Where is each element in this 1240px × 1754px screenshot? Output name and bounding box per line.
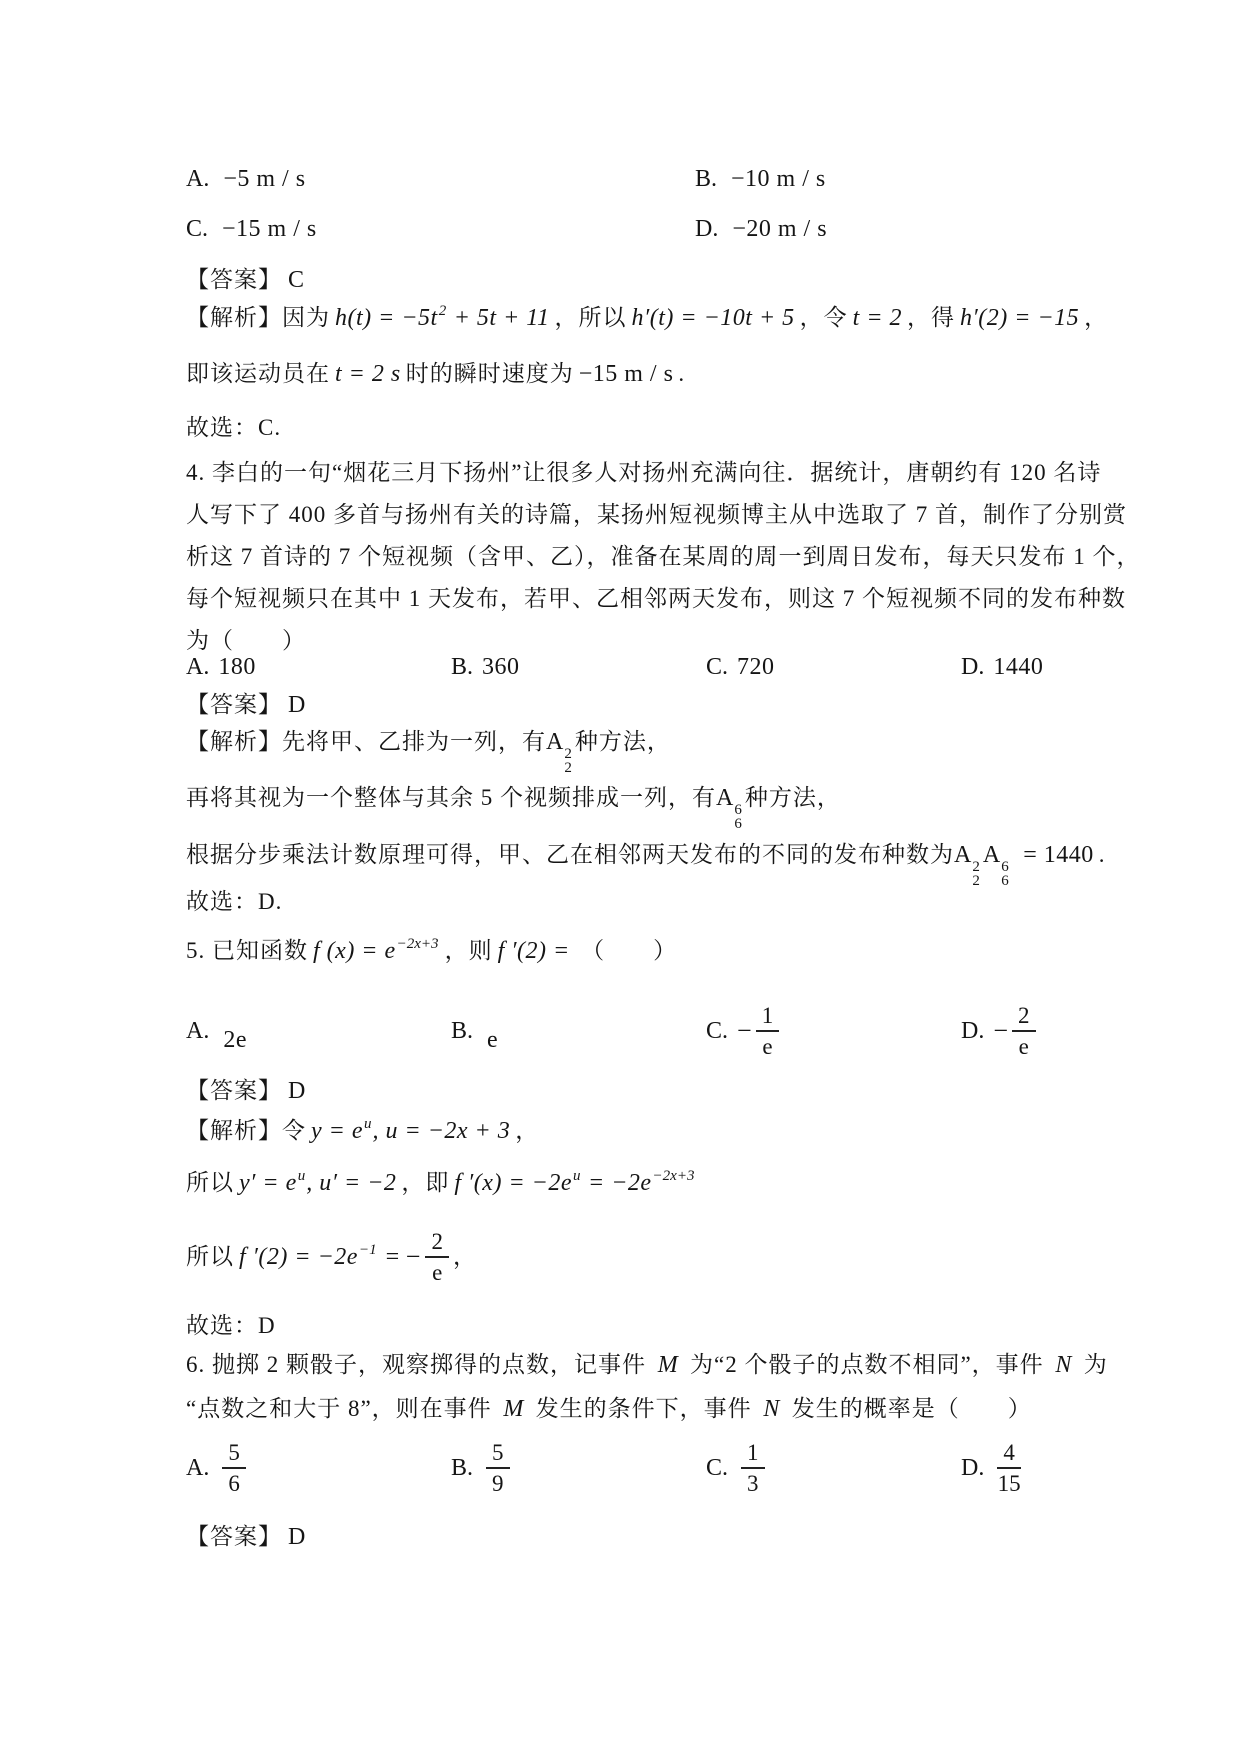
formula-velocity: −15 m / s	[574, 361, 679, 387]
event-n-symbol: N	[758, 1396, 785, 1422]
q4-stem-line-2: 人写下了 400 多首与扬州有关的诗篇，某扬州短视频博主从中选取了 7 首，制作…	[186, 501, 1106, 530]
stem-text: 6. 抛掷 2 颗骰子，观察掷得的点数，记事件	[186, 1352, 653, 1377]
superscript: −2x+3	[396, 936, 440, 952]
text-segment: 所以	[186, 1243, 234, 1272]
text-segment: 根据分步乘法计数原理可得，甲、乙在相邻两天发布的不同的发布种数为	[186, 842, 954, 867]
q4-option-a: A. 180	[186, 654, 256, 681]
superscript: u	[363, 1116, 373, 1132]
q4-explanation-line-1: 【解析】先将甲、乙排为一列，有A22种方法，	[186, 727, 1106, 775]
formula-f-prime-2: f ′(2) =	[493, 938, 582, 964]
result-fraction: 2e	[425, 1229, 449, 1286]
q5-explain-label: 【解析】	[186, 1118, 282, 1143]
stem-text: “点数之和大于 8”，则在事件	[186, 1396, 498, 1421]
q5-option-c-letter: C.	[706, 1018, 728, 1045]
formula-part: h(t) = −5t	[335, 305, 438, 331]
superscript: 6	[734, 803, 742, 817]
text-segment: 即该运动员在	[186, 361, 330, 386]
q4-option-b-value: 360	[482, 654, 520, 681]
formula-result: = 1440	[1012, 842, 1099, 868]
formula-h-t: h(t) = −5t2 + 5t + 11	[330, 305, 555, 331]
text-segment: .	[678, 361, 685, 386]
formula-part: , u = −2x + 3	[373, 1118, 511, 1144]
fraction-denominator: e	[425, 1258, 449, 1285]
q4-stem-line-4: 每个短视频只在其中 1 天发布，若甲、乙相邻两天发布，则这 7 个短视频不同的发…	[186, 585, 1106, 614]
q4-stem-line-5: 为（ ）	[186, 627, 1106, 656]
q5-explanation-line-1: 【解析】令y = eu, u = −2x + 3，	[186, 1116, 1106, 1146]
q6-answer-label: 【答案】	[186, 1524, 282, 1549]
q3-answer-value: C	[288, 267, 304, 293]
formula-part: f (x) = e	[313, 938, 396, 964]
q6-option-b-fraction: 59	[486, 1440, 510, 1497]
text-segment: ，即	[401, 1170, 449, 1195]
permutation-scripts: 22	[972, 860, 980, 888]
formula-part: y′ = e	[239, 1170, 297, 1196]
stem-text: （ ）	[581, 938, 677, 963]
fraction-numerator: 2	[425, 1229, 449, 1258]
fraction-denominator: 15	[997, 1469, 1021, 1496]
text-segment: ，	[1084, 305, 1108, 330]
minus-sign: −	[406, 1241, 422, 1274]
q4-answer-value: D	[288, 692, 305, 718]
q4-option-b: B. 360	[451, 654, 520, 681]
q3-option-d: D. −20 m / s	[695, 216, 832, 243]
page: A. −5 m / s B. −10 m / s C. −15 m / s D.…	[0, 0, 1240, 1754]
q6-option-c-letter: C.	[706, 1455, 728, 1482]
q6-option-c-fraction: 13	[741, 1440, 765, 1497]
formula-t-2s: t = 2 s	[330, 361, 406, 387]
superscript: −1	[358, 1242, 378, 1258]
stem-text: 为“2 个骰子的点数不相同”，事件	[683, 1352, 1050, 1377]
text-segment: 时的瞬时速度为	[406, 361, 574, 386]
q4-option-a-value: 180	[218, 654, 256, 681]
q5-option-b-value: e	[482, 1027, 503, 1054]
formula-part: f ′(2) = −2e	[239, 1244, 358, 1270]
stem-text: 人写下了 400 多首与扬州有关的诗篇，某扬州短视频博主从中选取了 7 首，制作…	[186, 502, 1127, 527]
fraction-numerator: 2	[1012, 1003, 1036, 1032]
formula-t-equals-2: t = 2	[848, 305, 907, 331]
stem-text: 每个短视频只在其中 1 天发布，若甲、乙相邻两天发布，则这 7 个短视频不同的发…	[186, 586, 1126, 611]
subscript: 6	[734, 817, 742, 831]
q5-option-b: B. e	[451, 1000, 503, 1062]
minus-sign: −	[737, 1016, 752, 1046]
superscript: 2	[438, 303, 448, 319]
text-segment: 所以	[186, 1170, 234, 1195]
conclusion-text: 故选：D	[186, 1313, 276, 1338]
fraction-denominator: 3	[741, 1469, 765, 1496]
q6-option-a-letter: A.	[186, 1455, 209, 1482]
event-n-symbol: N	[1050, 1352, 1077, 1378]
q5-option-b-letter: B.	[451, 1018, 473, 1045]
q4-option-c-value: 720	[737, 654, 775, 681]
formula-part: + 5t + 11	[447, 305, 549, 331]
text-segment: 种方法，	[745, 785, 841, 810]
subscript: 2	[972, 874, 980, 888]
superscript: u	[297, 1168, 307, 1184]
stem-text: 4. 李白的一句“烟花三月下扬州”让很多人对扬州充满向往．据统计，唐朝约有 12…	[186, 460, 1101, 485]
formula-f-prime-x: f ′(x) = −2eu = −2e−2x+3	[449, 1170, 700, 1196]
q6-option-b-letter: B.	[451, 1455, 473, 1482]
text-segment: 令	[282, 1118, 306, 1143]
q6-option-d-letter: D.	[961, 1455, 984, 1482]
subscript: 6	[1001, 874, 1009, 888]
q6-option-b: B. 59	[451, 1438, 514, 1498]
formula-f-prime-2-result: f ′(2) = −2e−1 =	[234, 1242, 406, 1272]
q3-option-d-letter: D.	[695, 216, 718, 243]
q3-option-a-value: −5 m / s	[218, 166, 310, 193]
q5-stem: 5. 已知函数f (x) = e−2x+3，则f ′(2) = （ ）	[186, 936, 1106, 966]
formula-f-x: f (x) = e−2x+3	[308, 938, 445, 964]
formula-part: = −2e	[582, 1170, 652, 1196]
formula-part: y = e	[311, 1118, 363, 1144]
q3-option-c-letter: C.	[186, 216, 208, 243]
permutation-scripts: 22	[564, 747, 572, 775]
q3-answer-row: 【答案】C	[186, 265, 1106, 295]
q6-answer-row: 【答案】D	[186, 1522, 1106, 1552]
q6-options-row: A. 56 B. 59 C. 13 D. 415	[186, 1438, 1106, 1498]
q5-option-c-fraction: 1e	[756, 1003, 780, 1060]
q3-option-a: A. −5 m / s	[186, 166, 311, 193]
fraction-denominator: e	[756, 1032, 780, 1059]
q3-explanation-line-2: 即该运动员在t = 2 s时的瞬时速度为−15 m / s.	[186, 359, 1106, 389]
fraction-numerator: 1	[741, 1440, 765, 1469]
q3-option-d-value: −20 m / s	[727, 216, 832, 243]
text-segment: ，得	[907, 305, 955, 330]
q4-option-a-letter: A.	[186, 654, 209, 681]
fraction-numerator: 5	[486, 1440, 510, 1469]
q5-options-row: A. 2e B. e C. − 1e D. − 2e	[186, 1000, 1106, 1062]
q4-option-d-letter: D.	[961, 654, 984, 681]
q4-explain-label: 【解析】	[186, 729, 282, 754]
q6-answer-value: D	[288, 1524, 305, 1550]
event-m-symbol: M	[498, 1396, 529, 1422]
q6-stem-line-1: 6. 抛掷 2 颗骰子，观察掷得的点数，记事件 M 为“2 个骰子的点数不相同”…	[186, 1350, 1106, 1380]
q3-option-b-value: −10 m / s	[726, 166, 831, 193]
fraction-numerator: 5	[222, 1440, 246, 1469]
q4-explanation-line-2: 再将其视为一个整体与其余 5 个视频排成一列，有A66种方法，	[186, 783, 1106, 831]
q4-stem-line-1: 4. 李白的一句“烟花三月下扬州”让很多人对扬州充满向往．据统计，唐朝约有 12…	[186, 459, 1106, 488]
q3-answer-label: 【答案】	[186, 267, 282, 292]
formula-y-prime: y′ = eu, u′ = −2	[234, 1170, 401, 1196]
q3-option-c: C. −15 m / s	[186, 216, 322, 243]
superscript: 2	[972, 860, 980, 874]
stem-text: 5. 已知函数	[186, 938, 308, 963]
stem-text: 为	[1077, 1352, 1108, 1377]
q6-stem-line-2: “点数之和大于 8”，则在事件 M 发生的条件下，事件 N 发生的概率是（ ）	[186, 1394, 1106, 1424]
text-segment: 再将其视为一个整体与其余 5 个视频排成一列，有	[186, 785, 716, 810]
minus-sign: −	[993, 1016, 1008, 1046]
permutation-base: A	[983, 842, 1000, 868]
q3-explanation-line-1: 【解析】因为h(t) = −5t2 + 5t + 11，所以h′(t) = −1…	[186, 303, 1106, 333]
q4-option-c-letter: C.	[706, 654, 728, 681]
q4-answer-label: 【答案】	[186, 692, 282, 717]
stem-text: 发生的条件下，事件	[529, 1396, 759, 1421]
q6-option-c: C. 13	[706, 1438, 769, 1498]
stem-text: 为（ ）	[186, 628, 306, 653]
permutation-base: A	[954, 842, 971, 868]
q4-answer-row: 【答案】D	[186, 690, 1106, 720]
q4-options-row: A. 180 B. 360 C. 720 D. 1440	[186, 654, 1106, 688]
q3-explain-label: 【解析】	[186, 305, 282, 330]
fraction-denominator: e	[1012, 1032, 1036, 1059]
text-segment: 因为	[282, 305, 330, 330]
q4-option-c: C. 720	[706, 654, 775, 681]
q5-option-d: D. − 2e	[961, 1000, 1040, 1062]
q3-conclusion: 故选：C.	[186, 414, 1106, 443]
conclusion-text: 故选：C.	[186, 415, 281, 440]
permutation-base: A	[546, 729, 563, 755]
q6-option-d-fraction: 415	[997, 1440, 1021, 1497]
q6-option-d: D. 415	[961, 1438, 1025, 1498]
q5-option-a-value: 2e	[218, 1027, 252, 1054]
superscript: −2x+3	[652, 1168, 696, 1184]
q4-explanation-line-3: 根据分步乘法计数原理可得，甲、乙在相邻两天发布的不同的发布种数为A22A66 =…	[186, 840, 1106, 888]
formula-part: =	[378, 1244, 401, 1270]
text-segment: ，所以	[555, 305, 627, 330]
formula-part: , u′ = −2	[306, 1170, 396, 1196]
stem-text: 发生的概率是（ ）	[785, 1396, 1032, 1421]
q3-option-b-letter: B.	[695, 166, 717, 193]
q4-stem-line-3: 析这 7 首诗的 7 个短视频（含甲、乙），准备在某周的周一到周日发布，每天只发…	[186, 543, 1106, 572]
fraction-numerator: 4	[997, 1440, 1021, 1469]
q5-answer-label: 【答案】	[186, 1078, 282, 1103]
q3-option-a-letter: A.	[186, 166, 209, 193]
subscript: 2	[564, 761, 572, 775]
q3-options-row-1: A. −5 m / s B. −10 m / s	[186, 166, 1106, 200]
stem-text: ，则	[445, 938, 493, 963]
formula-h-prime-2: h′(2) = −15	[955, 305, 1084, 331]
permutation-base: A	[716, 785, 733, 811]
q3-option-c-value: −15 m / s	[217, 216, 322, 243]
q5-option-d-fraction: 2e	[1012, 1003, 1036, 1060]
text-segment: .	[1099, 842, 1106, 867]
q4-option-d-value: 1440	[993, 654, 1043, 681]
q3-options-row-2: C. −15 m / s D. −20 m / s	[186, 216, 1106, 250]
fraction-denominator: 9	[486, 1469, 510, 1496]
superscript: u	[572, 1168, 582, 1184]
q5-option-d-letter: D.	[961, 1018, 984, 1045]
formula-part: f ′(x) = −2e	[454, 1170, 572, 1196]
permutation-scripts: 66	[1001, 860, 1009, 888]
stem-text: 析这 7 首诗的 7 个短视频（含甲、乙），准备在某周的周一到周日发布，每天只发…	[186, 544, 1141, 569]
fraction-denominator: 6	[222, 1469, 246, 1496]
text-segment: ，	[515, 1118, 539, 1143]
q5-answer-value: D	[288, 1078, 305, 1104]
superscript: 6	[1001, 860, 1009, 874]
q4-conclusion: 故选：D.	[186, 888, 1106, 917]
q6-option-a: A. 56	[186, 1438, 250, 1498]
text-segment: ，	[453, 1243, 477, 1272]
fraction-numerator: 1	[756, 1003, 780, 1032]
q5-option-a: A. 2e	[186, 1000, 252, 1062]
text-segment: 种方法，	[575, 729, 671, 754]
permutation-scripts: 66	[734, 803, 742, 831]
formula-h-prime-t: h′(t) = −10t + 5	[627, 305, 800, 331]
q5-option-c: C. − 1e	[706, 1000, 783, 1062]
event-m-symbol: M	[653, 1352, 684, 1378]
text-segment: ，令	[800, 305, 848, 330]
q4-option-b-letter: B.	[451, 654, 473, 681]
q5-option-a-letter: A.	[186, 1018, 209, 1045]
q3-option-b: B. −10 m / s	[695, 166, 831, 193]
superscript: 2	[564, 747, 572, 761]
q5-conclusion: 故选：D	[186, 1312, 1106, 1341]
q4-option-d: D. 1440	[961, 654, 1043, 681]
q5-answer-row: 【答案】D	[186, 1076, 1106, 1106]
q5-explanation-line-3: 所以f ′(2) = −2e−1 = −2e，	[186, 1228, 1106, 1286]
conclusion-text: 故选：D.	[186, 889, 282, 914]
q6-option-a-fraction: 56	[222, 1440, 246, 1497]
q5-explanation-line-2: 所以y′ = eu, u′ = −2，即f ′(x) = −2eu = −2e−…	[186, 1168, 1106, 1198]
formula-y-eu: y = eu, u = −2x + 3	[306, 1118, 515, 1144]
text-segment: 先将甲、乙排为一列，有	[282, 729, 546, 754]
